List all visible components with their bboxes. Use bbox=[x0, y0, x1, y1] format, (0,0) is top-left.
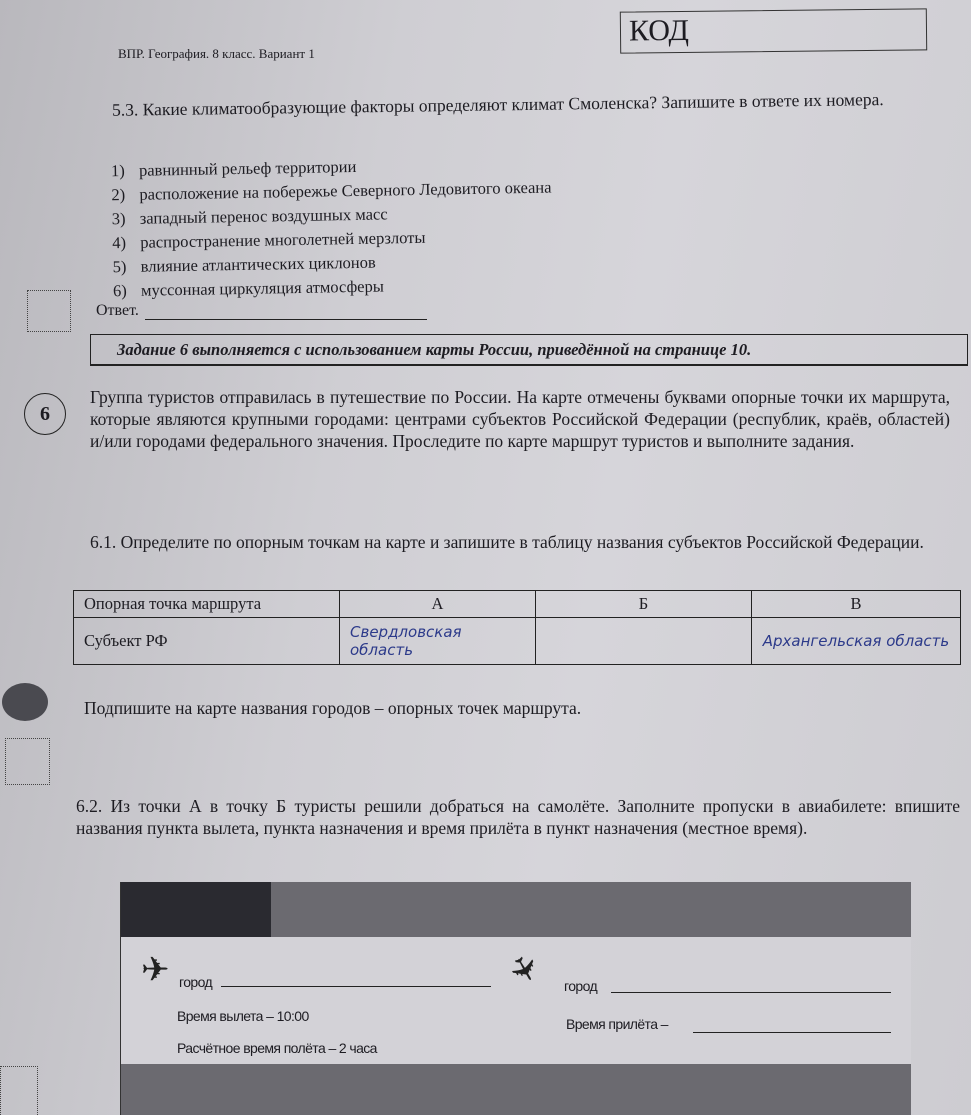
row-label: Субъект РФ bbox=[74, 618, 340, 665]
question-6-1: 6.1. Определите по опорным точкам на кар… bbox=[90, 531, 950, 553]
from-city-label: город bbox=[179, 974, 212, 990]
answer-cell-a[interactable]: Свердловская область bbox=[340, 618, 536, 665]
answer-input[interactable] bbox=[145, 319, 427, 320]
code-label: КОД bbox=[629, 14, 689, 49]
to-city-label: город bbox=[564, 978, 597, 994]
from-city-input[interactable] bbox=[221, 986, 491, 987]
header-title: ВПР. География. 8 класс. Вариант 1 bbox=[118, 46, 315, 62]
globe-icon bbox=[2, 683, 48, 721]
arrival-time-label: Время прилёта – bbox=[566, 1016, 668, 1032]
route-table: Опорная точка маршрута А Б В Субъект РФ … bbox=[73, 590, 961, 665]
question-5-3: 5.3. Какие климатообразующие факторы опр… bbox=[112, 88, 942, 121]
question-6-2: 6.2. Из точки А в точку Б туристы решили… bbox=[76, 795, 960, 839]
answer-cell-b[interactable] bbox=[536, 618, 752, 665]
answer-label: Ответ. bbox=[96, 302, 139, 319]
task-number: 6 bbox=[24, 393, 66, 435]
task6-banner: Задание 6 выполняется с использованием к… bbox=[90, 334, 968, 366]
arrival-time-input[interactable] bbox=[693, 1032, 891, 1033]
air-ticket: ✈ город ✈ город Время вылета – 10:00 Рас… bbox=[120, 882, 911, 1115]
score-box-6-1[interactable] bbox=[5, 738, 50, 785]
header-cell-v: В bbox=[752, 591, 961, 618]
map-instruction: Подпишите на карте названия городов – оп… bbox=[84, 698, 581, 719]
code-box[interactable]: КОД bbox=[620, 8, 927, 53]
to-city-input[interactable] bbox=[611, 992, 891, 993]
departure-plane-icon: ✈ bbox=[141, 950, 170, 990]
options-list: 1)равнинный рельеф территории 2)располож… bbox=[111, 149, 713, 303]
answer-cell-v[interactable]: Архангельская область bbox=[752, 618, 961, 665]
header-cell: Опорная точка маршрута bbox=[74, 591, 340, 618]
task6-intro: Группа туристов отправилась в путешестви… bbox=[90, 386, 950, 452]
ticket-logo-block bbox=[121, 882, 271, 937]
header-cell-a: А bbox=[340, 591, 536, 618]
flight-duration: Расчётное время полёта – 2 часа bbox=[177, 1040, 377, 1056]
departure-time: Время вылета – 10:00 bbox=[177, 1008, 309, 1024]
score-box-6-2[interactable] bbox=[0, 1066, 38, 1115]
header-cell-b: Б bbox=[536, 591, 752, 618]
score-box-5-3[interactable] bbox=[27, 290, 71, 332]
answer-row: Ответ. bbox=[96, 302, 427, 320]
arrival-plane-icon: ✈ bbox=[499, 948, 548, 993]
ticket-bottom-pattern bbox=[121, 1064, 911, 1115]
